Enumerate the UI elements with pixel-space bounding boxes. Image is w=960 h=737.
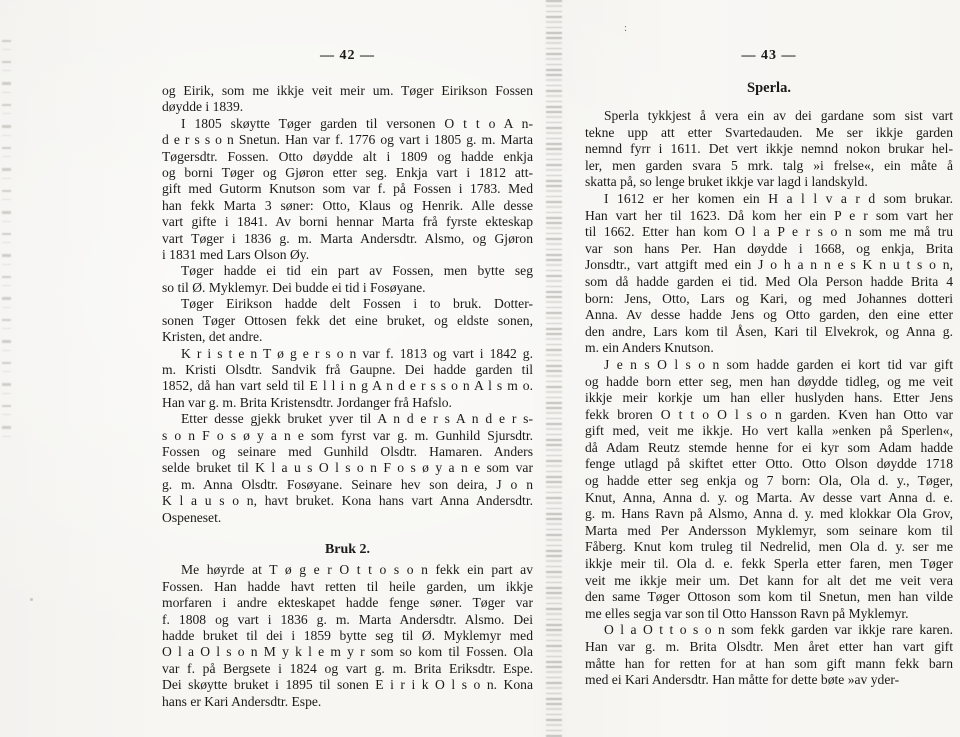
text-line: med ei Kari Andersdtr. Han måtte for det… xyxy=(585,672,953,689)
text-line: han fekk Marta 3 søner: Otto, Klaus og H… xyxy=(162,198,533,214)
page-number-left: — 42 — xyxy=(162,48,533,65)
text-line: vart gifte i 1841. Av borni hennar Marta… xyxy=(162,214,533,230)
text-line: hans er Kari Andersdtr. Espe. xyxy=(162,694,533,710)
text-line: Me høyrde at T ø g e r O t t o s o n fek… xyxy=(162,562,533,578)
text-line: Tøger hadde ei tid ein part av Fossen, m… xyxy=(162,263,533,279)
paragraph: og Eirik, som me ikkje veit meir um. Tøg… xyxy=(162,83,533,116)
text-line: me elles segja var son til Otto Hansson … xyxy=(585,606,953,623)
text-line: K l a u s o n, havt bruket. Kona hans va… xyxy=(162,493,533,509)
text-line: Anna. Av desse hadde Jens og Otto garden… xyxy=(585,307,953,324)
scan-edge-speckles xyxy=(2,40,11,440)
text-line: veit me ikkje meir um. Det kann for alt … xyxy=(585,573,953,590)
text-line: og hadde born etter seg, men han døydde … xyxy=(585,374,953,391)
page-42: — 42 — og Eirik, som me ikkje veit meir … xyxy=(162,48,533,710)
paragraph: J e n s O l s o n som hadde garden ei ko… xyxy=(585,357,953,623)
text-line: tekne upp att etter Svartedauden. Me ser… xyxy=(585,125,953,142)
text-line: selde bruket til K l a u s O l s o n F o… xyxy=(162,460,533,476)
page-gutter-shadow xyxy=(546,0,562,737)
text-line: d e r s s o n Snetun. Han var f. 1776 og… xyxy=(162,132,533,148)
text-line: O l a O t t o s o n som fekk garden var … xyxy=(585,622,953,639)
text-line: I 1612 er her komen ein H a l l v a r d … xyxy=(585,191,953,208)
text-line: I 1805 skøytte Tøger garden til versonen… xyxy=(162,116,533,132)
text-line: som då hadde garden ei tid. Med Ola Pers… xyxy=(585,274,953,291)
paragraph: Etter desse gjekk bruket yver til A n d … xyxy=(162,411,533,526)
text-line: Dei skøytte bruket i 1895 til sonen E i … xyxy=(162,677,533,693)
text-line: ler, men garden svara 5 mrk. talg »i fre… xyxy=(585,158,953,175)
scan-artifact-dot xyxy=(30,598,33,601)
text-line: Fossen. Han hadde havt retten til heile … xyxy=(162,579,533,595)
text-line: Sperla tykkjest å vera ein av dei gardan… xyxy=(585,108,953,125)
text-line: Knut, Anna, Anna d. y. og Marta. Av dess… xyxy=(585,490,953,507)
text-line: Etter desse gjekk bruket yver til A n d … xyxy=(162,411,533,427)
text-line: Kristen, det andre. xyxy=(162,329,533,345)
text-line: s o n F o s ø y a n e som fyrst var g. m… xyxy=(162,428,533,444)
book-spread: : — 42 — og Eirik, som me ikkje veit mei… xyxy=(0,0,960,737)
text-line: måtte han for retten for at han som gift… xyxy=(585,656,953,673)
text-line: J e n s O l s o n som hadde garden ei ko… xyxy=(585,357,953,374)
text-line: gift med Gutorm Knutson som var f. på Fo… xyxy=(162,181,533,197)
paragraph: I 1612 er her komen ein H a l l v a r d … xyxy=(585,191,953,357)
text-line: nemnd fyrr i 1611. Det vert ikkje nemnd … xyxy=(585,141,953,158)
text-line: den andre, Lars kom til Åsen, Kari til E… xyxy=(585,324,953,341)
text-line: og borni Tøger og Gjøron etter seg. Enkj… xyxy=(162,165,533,181)
text-line: Fåberg. Knut kom truleg til Nedrelid, me… xyxy=(585,539,953,556)
text-line: fekk broren O t t o O l s o n garden. Kv… xyxy=(585,407,953,424)
paragraph: Me høyrde at T ø g e r O t t o s o n fek… xyxy=(162,562,533,710)
text-line: døydde i 1839. xyxy=(162,99,533,115)
text-line: ikkje meir til. Ola d. e. fekk Sperla et… xyxy=(585,556,953,573)
text-line: g. m. Anna Olsdtr. Fosøyane. Seinare hev… xyxy=(162,477,533,493)
text-line: då Adam Reutz stemde henne for ei kyr so… xyxy=(585,440,953,457)
left-page-text: og Eirik, som me ikkje veit meir um. Tøg… xyxy=(162,83,533,710)
paragraph: Sperla tykkjest å vera ein av dei gardan… xyxy=(585,108,953,191)
text-line: Fossen og seinare med Gunhild Olsdtr. Ha… xyxy=(162,444,533,460)
paragraph: K r i s t e n T ø g e r s o n var f. 181… xyxy=(162,346,533,412)
text-line: m. ein Anders Knutson. xyxy=(585,340,953,357)
section-title-sperla: Sperla. xyxy=(585,80,953,97)
page-43: — 43 — Sperla. Sperla tykkjest å vera ei… xyxy=(585,48,953,689)
text-line: den same Tøger Ottoson som kom til Snetu… xyxy=(585,589,953,606)
text-line: Tøgersdtr. Fossen. Otto døydde alt i 180… xyxy=(162,149,533,165)
text-line: Han var g. m. Brita Kristensdtr. Jordang… xyxy=(162,395,533,411)
text-line: og Eirik, som me ikkje veit meir um. Tøg… xyxy=(162,83,533,99)
text-line: Tøger Eirikson hadde delt Fossen i to br… xyxy=(162,296,533,312)
paragraph: Tøger hadde ei tid ein part av Fossen, m… xyxy=(162,263,533,296)
text-line: sonen Tøger Ottosen fekk det eine bruket… xyxy=(162,313,533,329)
paragraph: I 1805 skøytte Tøger garden til versonen… xyxy=(162,116,533,264)
text-line: Ospeneset. xyxy=(162,510,533,526)
scan-artifact-mark: : xyxy=(624,22,627,34)
text-line: gift med, veit me ikkje. Ho vert kalla »… xyxy=(585,423,953,440)
text-line: 1852, då han vart seld til E l l i n g A… xyxy=(162,378,533,394)
text-line: f. 1808 og vart i 1836 g. m. Marta Ander… xyxy=(162,612,533,628)
paragraph: Tøger Eirikson hadde delt Fossen i to br… xyxy=(162,296,533,345)
text-line: m. Kristi Olsdtr. Sandvik frå Gaupne. De… xyxy=(162,362,533,378)
text-line: i 1831 med Lars Olson Øy. xyxy=(162,247,533,263)
text-line: morfaren i andre ekteskapet hadde fenge … xyxy=(162,595,533,611)
right-page-text: Sperla tykkjest å vera ein av dei gardan… xyxy=(585,108,953,689)
text-line: Jonsdtr., vart attgift med ein J o h a n… xyxy=(585,257,953,274)
text-line: g. m. Hans Ravn på Alsmo, Anna d. y. med… xyxy=(585,506,953,523)
text-line: K r i s t e n T ø g e r s o n var f. 181… xyxy=(162,346,533,362)
text-line: til 1662. Etter han kom O l a P e r s o … xyxy=(585,224,953,241)
section-heading: Bruk 2. xyxy=(162,542,533,558)
text-line: fenge utlagd på skiftet etter Otto. Otto… xyxy=(585,456,953,473)
text-line: var f. på Bergsete i 1824 og vart g. m. … xyxy=(162,661,533,677)
text-line: vart Tøger i 1836 g. m. Marta Andersdtr.… xyxy=(162,231,533,247)
page-number-right: — 43 — xyxy=(585,48,953,65)
text-line: Han vart her til 1623. Då kom her ein P … xyxy=(585,208,953,225)
text-line: var son hans Per. Han døydde i 1668, og … xyxy=(585,241,953,258)
text-line: Han var g. m. Brita Olsdtr. Men året ett… xyxy=(585,639,953,656)
text-line: ikkje meir korkje um han eller huslyden … xyxy=(585,390,953,407)
text-line: Marta med Per Andersson Myklemyr, som se… xyxy=(585,523,953,540)
text-line: so til Ø. Myklemyr. Dei budde ei tid i F… xyxy=(162,280,533,296)
text-line: O l a O l s o n M y k l e m y r som so k… xyxy=(162,644,533,660)
text-line: hadde bruket til dei i 1859 bytte seg ti… xyxy=(162,628,533,644)
text-line: skatta på, so lenge bruket ikkje var lag… xyxy=(585,174,953,191)
text-line: og hadde etter seg enkja og 7 born: Ola,… xyxy=(585,473,953,490)
paragraph: O l a O t t o s o n som fekk garden var … xyxy=(585,622,953,688)
text-line: born: Jens, Otto, Lars og Kari, og med J… xyxy=(585,291,953,308)
